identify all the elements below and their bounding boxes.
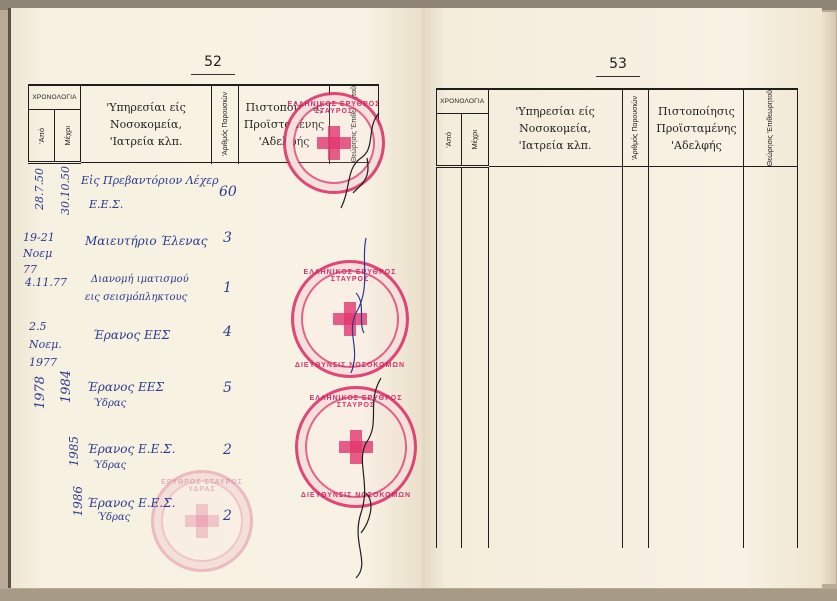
entry-service: Έρανος Ε.Ε.Σ. <box>87 496 175 510</box>
book-cover-bottom <box>0 589 837 601</box>
header-services: 'Υπηρεσίαι είς Νοσοκομεία, 'Ιατρεία κλπ. <box>488 89 622 167</box>
header-from: 'Από <box>29 110 55 163</box>
page-number-left: 52 <box>193 54 233 70</box>
header-to: Μέχρι <box>461 114 488 167</box>
column-services <box>81 163 212 165</box>
column-to <box>55 163 81 165</box>
left-page: 52 ΧΡΟΝΟΛΟΓΙΑ 'Υπηρεσίαι είς Νοσοκομεία,… <box>8 8 425 588</box>
entry-to: 1986 <box>71 486 85 517</box>
header-from: 'Από <box>437 114 462 167</box>
entry-attendance: 1 <box>223 280 232 296</box>
header-services: 'Υπηρεσίαι είς Νοσοκομεία, 'Ιατρεία κλπ. <box>81 85 212 163</box>
entry-service: Εἰς Πρεβαντόριον Λέχερ <box>81 174 219 187</box>
red-cross-icon <box>185 504 219 538</box>
entry-service: Έρανος ΕΕΣ <box>87 380 164 394</box>
header-attendance: 'Αριθμός Παρουσιών <box>622 89 649 167</box>
entry-from: 1978 <box>33 376 48 409</box>
entry-service-line2: Ύδρας <box>93 398 126 409</box>
header-inspector: Θεώρησις 'Επιθεωρητοῦ <box>744 89 798 167</box>
entry-to: 30.10.50 <box>59 166 72 215</box>
column-from <box>29 163 55 165</box>
signature-3 <box>341 373 391 583</box>
entry-service-line2: Ύδρας <box>97 512 130 523</box>
entry-attendance: 3 <box>223 230 232 246</box>
entry-service-line2: Ύδρας <box>93 460 126 471</box>
column-attendance <box>622 167 649 549</box>
entry-from: 4.11.77 <box>25 276 67 289</box>
entry-from: 28.7.50 <box>33 168 46 210</box>
column-inspector <box>744 167 798 549</box>
column-certification <box>649 167 744 549</box>
entry-attendance: 2 <box>223 442 232 458</box>
header-chronology: ΧΡΟΝΟΛΟΓΙΑ <box>437 89 489 114</box>
entry-service: Μαιευτήριο Έλενας <box>85 234 207 248</box>
entry-attendance: 5 <box>223 380 232 396</box>
entry-service-line2: Ε.Ε.Σ. <box>89 198 123 211</box>
entry-to: 1984 <box>59 370 74 403</box>
entry-from: 19-21 Νοεμ 77 <box>23 230 67 278</box>
entry-to: 1985 <box>67 436 81 467</box>
signature-1 <box>331 98 391 218</box>
header-certification: Πιστοποίησις Προϊσταμένης 'Αδελφής <box>649 89 744 167</box>
header-attendance: 'Αριθμός Παρουσιών <box>212 85 239 163</box>
entry-attendance: 4 <box>223 324 232 340</box>
entry-service: Έρανος ΕΕΣ <box>93 328 170 342</box>
entry-service: Έρανος Ε.Ε.Σ. <box>87 442 175 456</box>
faded-stamp: ΕΡΥΘΡΟΣ ΣΤΑΥΡΟΣ ΥΔΡΑΣ <box>151 470 253 572</box>
signature-2 <box>336 233 376 378</box>
page-number-right: 53 <box>598 56 638 72</box>
column-attendance <box>212 163 239 165</box>
entry-service: Διανομή ιματισμού <box>91 274 189 285</box>
column-services <box>488 167 622 549</box>
entry-from: 2.5 Νοεμ. 1977 <box>29 318 79 372</box>
column-to <box>461 167 488 549</box>
header-to: Μέχρι <box>55 110 81 163</box>
right-page: 53 ΧΡΟΝΟΛΟΓΙΑ 'Υπηρεσίαι είς Νοσοκομεία,… <box>422 8 822 588</box>
entry-attendance: 2 <box>223 508 232 524</box>
entry-attendance: 60 <box>219 184 237 200</box>
entry-service-line2: εις σεισμόπληκτους <box>85 292 187 303</box>
header-chronology: ΧΡΟΝΟΛΟΓΙΑ <box>29 85 81 110</box>
right-ledger-table: ΧΡΟΝΟΛΟΓΙΑ 'Υπηρεσίαι είς Νοσοκομεία, 'Ι… <box>436 88 798 548</box>
column-from <box>437 167 462 549</box>
